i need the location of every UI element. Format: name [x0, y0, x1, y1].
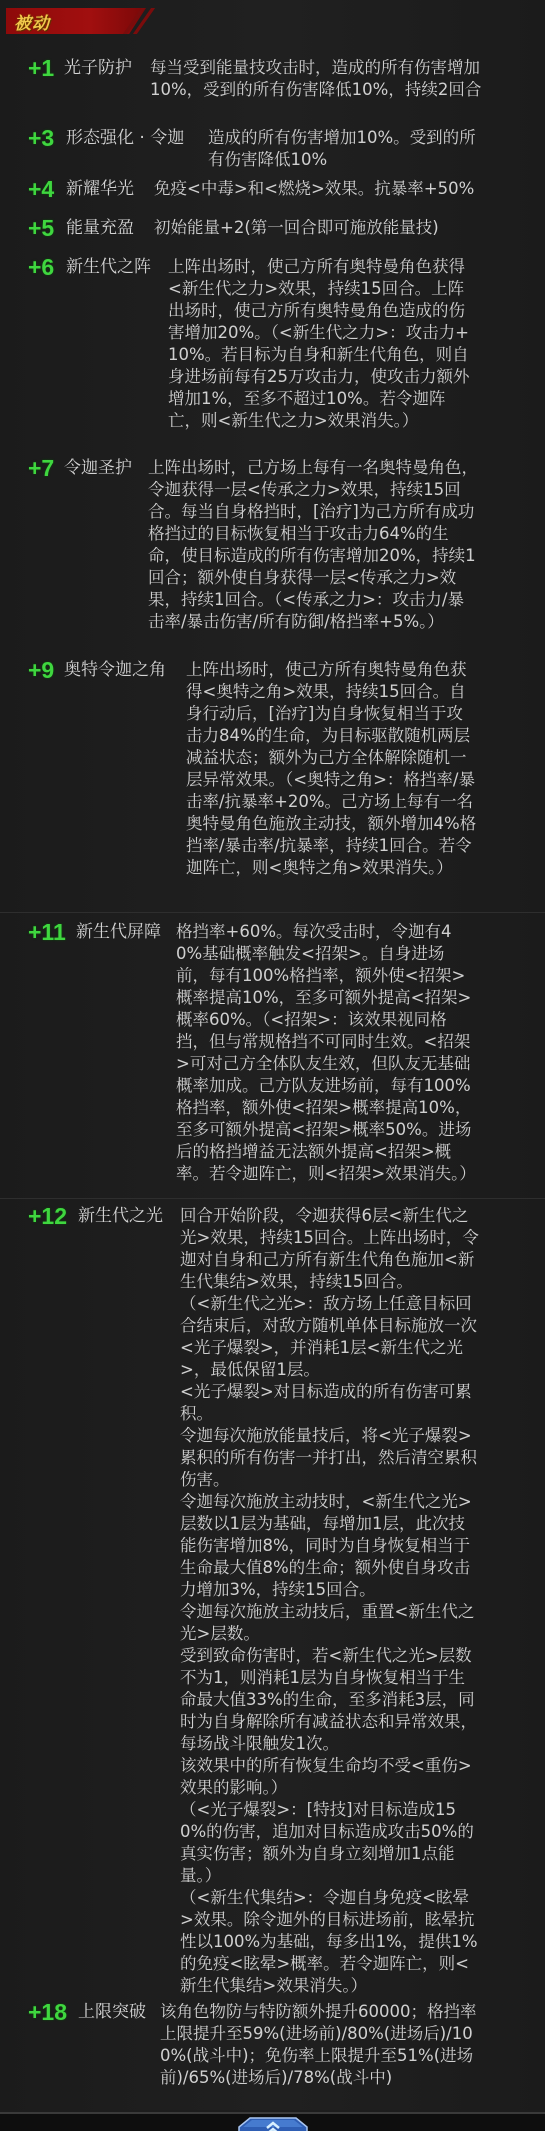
passive-name: 令迦圣护 — [64, 456, 132, 480]
section-title: 被动 — [14, 9, 50, 34]
passive-name: 上限突破 — [78, 2000, 146, 2024]
passive-level: +11 — [28, 920, 66, 944]
passive-level: +3 — [28, 126, 54, 150]
passive-name: 能量充盈 — [66, 216, 134, 240]
banner-stripes-decoration — [118, 8, 158, 34]
row-divider — [0, 1198, 545, 1199]
passive-description: 每当受到能量技攻击时，造成的所有伤害增加10%，受到的所有伤害降低10%，持续2… — [150, 57, 485, 101]
passive-description: 免疫<中毒>和<燃烧>效果。抗暴率+50% — [154, 178, 494, 200]
passive-level: +1 — [28, 56, 54, 80]
passive-description: 回合开始阶段，令迦获得6层<新生代之光>效果，持续15回合。上阵出场时，令迦对自… — [180, 1205, 480, 1997]
passive-level: +4 — [28, 177, 54, 201]
collapse-button[interactable] — [238, 2117, 308, 2131]
passive-level: +18 — [28, 2000, 67, 2024]
passive-description: 初始能量+2(第一回合即可施放能量技) — [154, 217, 494, 239]
passive-name: 新耀华光 — [66, 177, 134, 201]
passive-name: 奥特令迦之角 — [64, 658, 166, 682]
passive-name: 新生代之光 — [78, 1204, 163, 1228]
passive-name: 新生代屏障 — [76, 920, 161, 944]
passive-description: 造成的所有伤害增加10%。受到的所有伤害降低10% — [208, 127, 486, 171]
row-divider — [0, 912, 545, 913]
passive-level: +9 — [28, 658, 54, 682]
passive-level: +12 — [28, 1204, 67, 1228]
double-chevron-up-icon — [238, 2117, 308, 2131]
passive-name: 光子防护 — [64, 56, 132, 80]
passive-description: 上阵出场时，己方场上每有一名奥特曼角色，令迦获得一层<传承之力>效果，持续15回… — [148, 457, 478, 633]
passive-description: 格挡率+60%。每次受击时，令迦有40%基础概率触发<招架>。自身进场前，每有1… — [176, 921, 476, 1185]
passive-level: +5 — [28, 216, 54, 240]
passive-level: +6 — [28, 255, 54, 279]
passive-description: 上阵出场时，使己方所有奥特曼角色获得<新生代之力>效果，持续15回合。上阵出场时… — [168, 256, 478, 432]
passive-description: 该角色物防与特防额外提升60000；格挡率上限提升至59%(进场前)/80%(进… — [160, 2001, 478, 2089]
passive-name: 新生代之阵 — [66, 255, 151, 279]
passive-name: 形态强化 · 令迦 — [66, 126, 184, 150]
passive-level: +7 — [28, 456, 54, 480]
passive-description: 上阵出场时，使己方所有奥特曼角色获得<奥特之角>效果，持续15回合。自身行动后，… — [186, 659, 478, 879]
